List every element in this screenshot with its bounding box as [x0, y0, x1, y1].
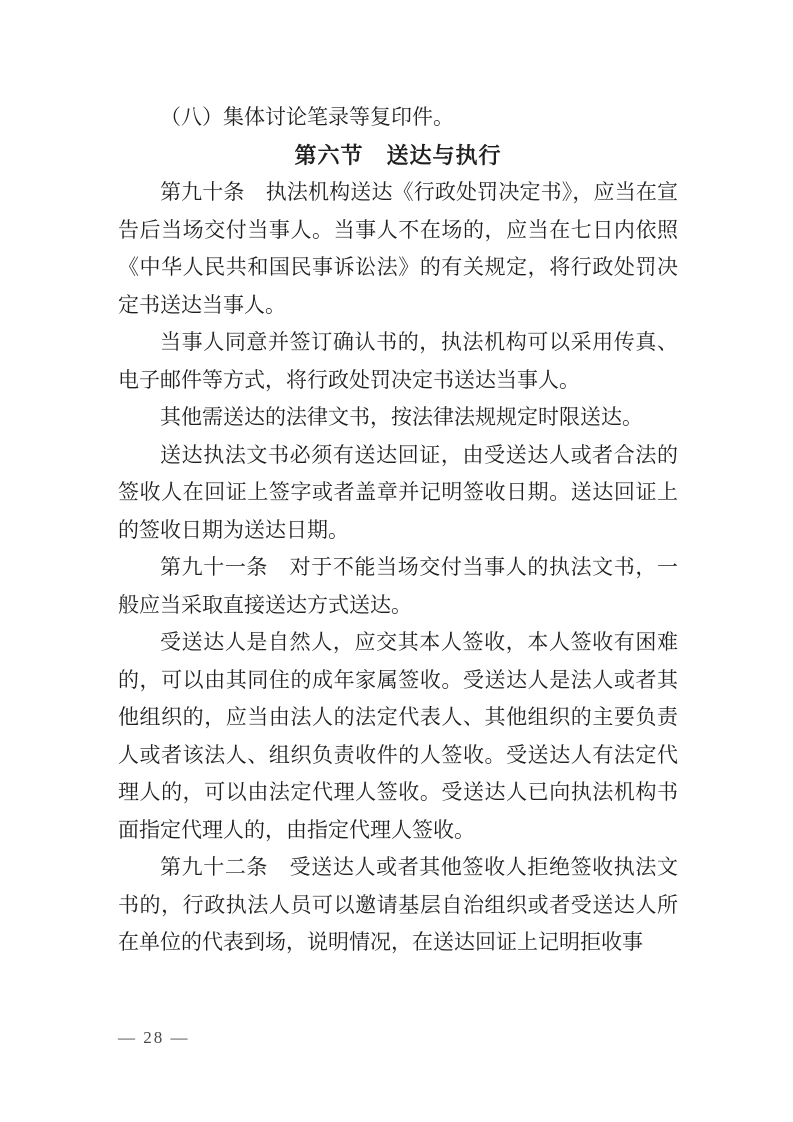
body-paragraph: 送达执法文书必须有送达回证，由受送达人或者合法的签收人在回证上签字或者盖章并记明…: [118, 437, 678, 550]
section-heading: 第六节 送达与执行: [118, 137, 678, 175]
document-page: （八）集体讨论笔录等复印件。第六节 送达与执行第九十条 执法机构送达《行政处罚决…: [0, 0, 793, 1122]
body-paragraph: 受送达人是自然人，应交其本人签收，本人签收有困难的，可以由其同住的成年家属签收。…: [118, 624, 678, 849]
page-number: — 28 —: [118, 1028, 190, 1047]
page-footer: — 28 —: [118, 1026, 190, 1050]
body-paragraph: （八）集体讨论笔录等复印件。: [118, 99, 678, 137]
body-paragraph: 其他需送达的法律文书，按法律法规规定时限送达。: [118, 399, 678, 437]
body-paragraph: 当事人同意并签订确认书的，执法机构可以采用传真、电子邮件等方式，将行政处罚决定书…: [118, 324, 678, 399]
body-paragraph: 第九十条 执法机构送达《行政处罚决定书》，应当在宣告后当场交付当事人。当事人不在…: [118, 174, 678, 324]
body-paragraph: 第九十二条 受送达人或者其他签收人拒绝签收执法文书的，行政执法人员可以邀请基层自…: [118, 849, 678, 962]
body-paragraph: 第九十一条 对于不能当场交付当事人的执法文书，一般应当采取直接送达方式送达。: [118, 549, 678, 624]
document-content: （八）集体讨论笔录等复印件。第六节 送达与执行第九十条 执法机构送达《行政处罚决…: [118, 99, 678, 962]
